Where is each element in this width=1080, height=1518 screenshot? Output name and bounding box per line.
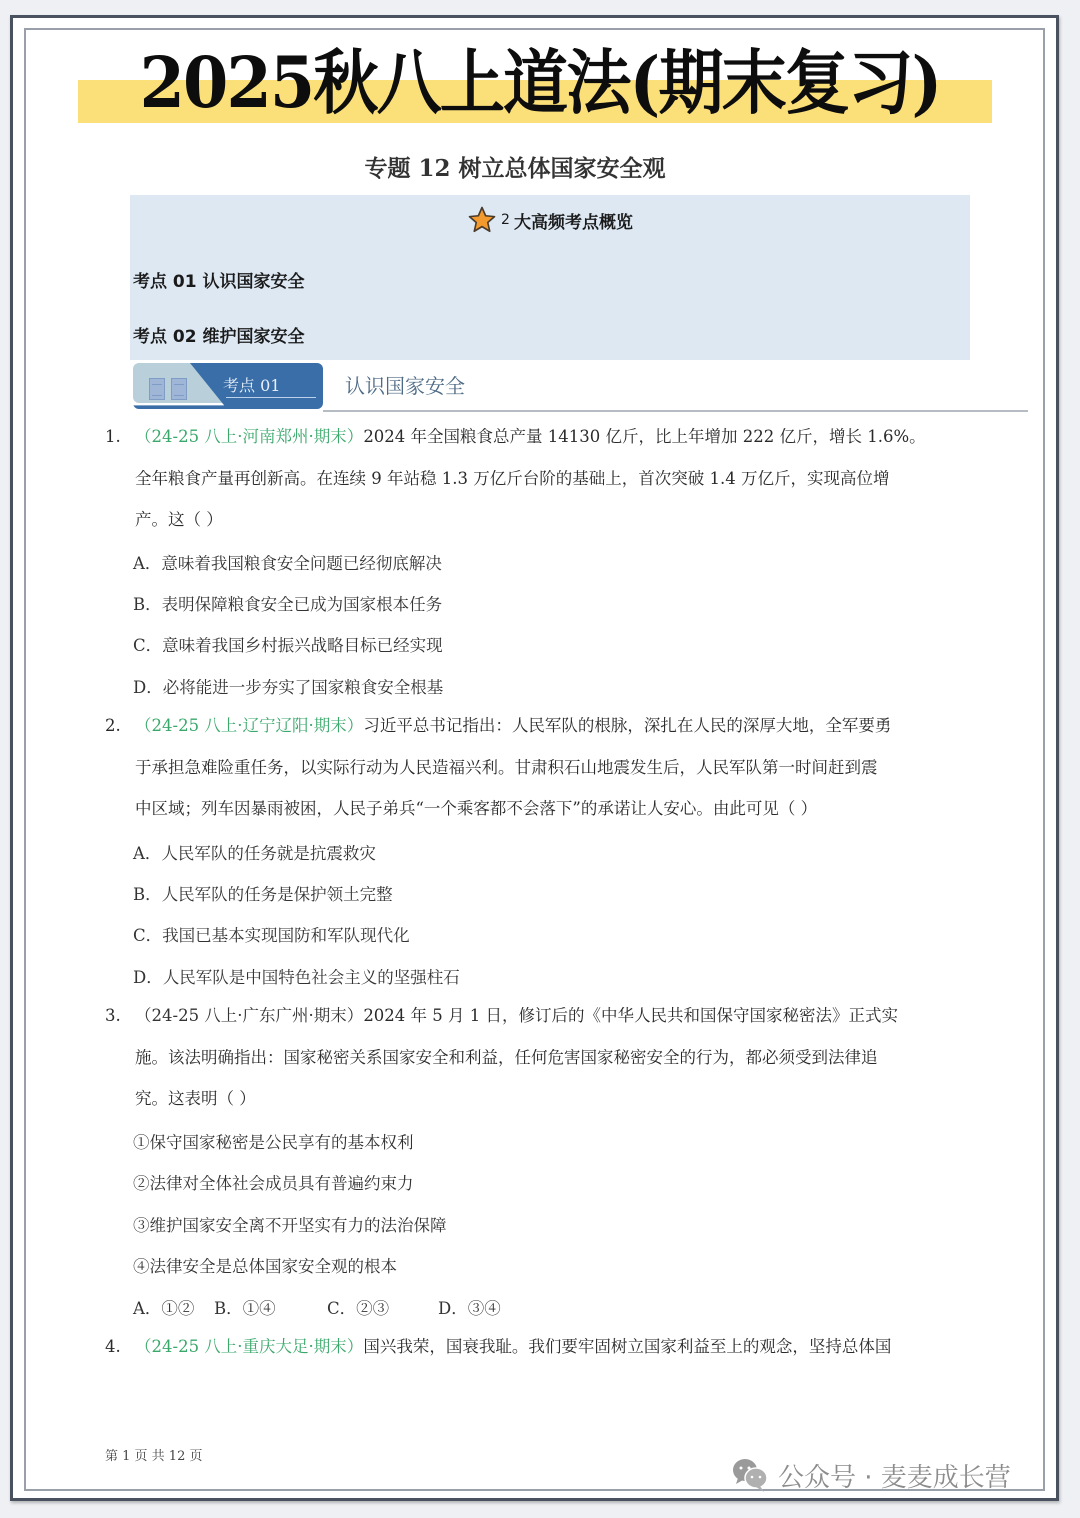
question-text-line: 全年粮食产量再创新高。在连续 9 年站稳 1.3 万亿斤台阶的基础上，首次突破 … — [105, 458, 975, 500]
overview-item-01[interactable]: 考点 01 认识国家安全 — [133, 267, 305, 292]
question-2: 2.（24-25 八上·辽宁辽阳·期末）习近平总书记指出：人民军队的根脉，深扎在… — [105, 705, 975, 830]
option-b[interactable]: B．①④ — [214, 1295, 276, 1319]
option-c[interactable]: C．我国已基本实现国防和军队现代化 — [133, 922, 410, 946]
question-number: 2. — [105, 705, 135, 747]
option-d[interactable]: D．必将能进一步夯实了国家粮食安全根基 — [133, 674, 443, 698]
question-number: 1. — [105, 416, 135, 458]
option-a[interactable]: A．①② — [133, 1295, 194, 1319]
wechat-icon — [730, 1456, 770, 1494]
document-icon — [149, 378, 165, 400]
tab-underline — [226, 397, 316, 398]
question-source: （24-25 八上·重庆大足·期末） — [135, 1337, 363, 1356]
question-number: 4. — [105, 1326, 135, 1368]
option-d[interactable]: D．人民军队是中国特色社会主义的坚强柱石 — [133, 964, 460, 988]
statement-3: ③维护国家安全离不开坚实有力的法治保障 — [133, 1212, 447, 1236]
overview-heading: 2 大高频考点概览 — [130, 205, 970, 235]
question-text-line: 产。这（ ） — [105, 499, 975, 541]
question-3: 3.（24-25 八上·广东广州·期末）2024 年 5 月 1 日，修订后的《… — [105, 995, 975, 1120]
section-tab-label: 考点 01 — [223, 373, 280, 396]
section-tab: 考点 01 — [133, 363, 323, 409]
question-text-line: 2024 年 5 月 1 日，修订后的《中华人民共和国保守国家秘密法》正式实 — [363, 1006, 898, 1025]
watermark-text: 公众号 · 麦麦成长营 — [778, 1457, 1011, 1494]
option-c[interactable]: C．意味着我国乡村振兴战略目标已经实现 — [133, 632, 443, 656]
question-number: 3. — [105, 995, 135, 1037]
statement-1: ①保守国家秘密是公民享有的基本权利 — [133, 1129, 414, 1153]
overview-heading-text: 大高频考点概览 — [514, 208, 633, 233]
question-source: （24-25 八上·河南郑州·期末） — [135, 427, 363, 446]
question-4: 4.（24-25 八上·重庆大足·期末）国兴我荣，国衰我耻。我们要牢固树立国家利… — [105, 1326, 975, 1368]
watermark: 公众号 · 麦麦成长营 — [730, 1456, 1011, 1494]
question-source: （24-25 八上·广东广州·期末） — [135, 1006, 363, 1025]
option-a[interactable]: A．人民军队的任务就是抗震救灾 — [133, 840, 376, 864]
section-divider — [323, 410, 1028, 412]
question-text-line: 习近平总书记指出：人民军队的根脉，深扎在人民的深厚大地，全军要勇 — [363, 716, 891, 735]
document-icon — [171, 378, 187, 400]
option-c[interactable]: C．②③ — [327, 1295, 389, 1319]
question-text-line: 究。这表明（ ） — [105, 1078, 975, 1120]
question-text-line: 施。该法明确指出：国家秘密关系国家安全和利益，任何危害国家秘密安全的行为，都必须… — [105, 1037, 975, 1079]
option-a[interactable]: A．意味着我国粮食安全问题已经彻底解决 — [133, 550, 442, 574]
option-d[interactable]: D．③④ — [438, 1295, 501, 1319]
option-b[interactable]: B．表明保障粮食安全已成为国家根本任务 — [133, 591, 442, 615]
section-title: 认识国家安全 — [345, 370, 465, 399]
statement-2: ②法律对全体社会成员具有普遍约束力 — [133, 1170, 414, 1194]
overview-count: 2 — [501, 212, 510, 228]
question-text-line: 2024 年全国粮食总产量 14130 亿斤，比上年增加 222 亿斤，增长 1… — [363, 427, 925, 446]
option-b[interactable]: B．人民军队的任务是保护领土完整 — [133, 881, 393, 905]
overview-box: 2 大高频考点概览 考点 01 认识国家安全 考点 02 维护国家安全 — [130, 195, 970, 360]
overview-item-02[interactable]: 考点 02 维护国家安全 — [133, 322, 305, 347]
question-text-line: 于承担急难险重任务，以实际行动为人民造福兴利。甘肃积石山地震发生后，人民军队第一… — [105, 747, 975, 789]
question-text-line: 国兴我荣，国衰我耻。我们要牢固树立国家利益至上的观念，坚持总体国 — [363, 1337, 891, 1356]
banner-title: 2025秋八上道法(期末复习) — [38, 38, 1042, 128]
question-1: 1.（24-25 八上·河南郑州·期末）2024 年全国粮食总产量 14130 … — [105, 416, 975, 541]
topic-title: 专题 12 树立总体国家安全观 — [0, 150, 1030, 183]
question-source: （24-25 八上·辽宁辽阳·期末） — [135, 716, 363, 735]
page-number: 第 1 页 共 12 页 — [105, 1445, 202, 1464]
star-icon — [467, 205, 497, 235]
statement-4: ④法律安全是总体国家安全观的根本 — [133, 1253, 397, 1277]
question-text-line: 中区域；列车因暴雨被困，人民子弟兵“一个乘客都不会落下”的承诺让人安心。由此可见… — [105, 788, 975, 830]
